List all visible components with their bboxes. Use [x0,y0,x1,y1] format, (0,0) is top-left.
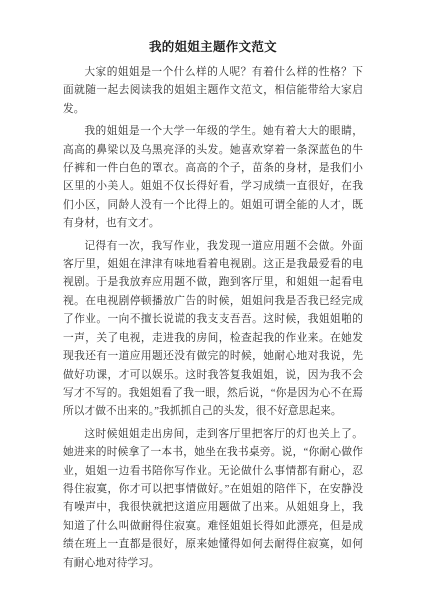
essay-paragraph-story: 记得有一次，我写作业，我发现一道应用题不会做。外面客厅里，姐姐在津津有味地看着电… [63,237,363,421]
essay-paragraph-intro: 大家的姐姐是一个什么样的人呢？有着什么样的性格？下面就随一起去阅读我的姐姐主题作… [63,63,363,118]
essay-body: 大家的姐姐是一个什么样的人呢？有着什么样的性格？下面就随一起去阅读我的姐姐主题作… [63,63,363,572]
essay-paragraph-conclusion: 这时候姐姐走出房间，走到客厅里把客厅的灯也关上了。她进来的时候拿了一本书，她坐在… [63,425,363,572]
document-page: 我的姐姐主题作文范文 大家的姐姐是一个什么样的人呢？有着什么样的性格？下面就随一… [0,0,424,600]
essay-title: 我的姐姐主题作文范文 [63,39,363,56]
essay-paragraph-description: 我的姐姐是一个大学一年级的学生。她有着大大的眼睛，高高的鼻梁以及乌黑亮泽的头发。… [63,122,363,232]
